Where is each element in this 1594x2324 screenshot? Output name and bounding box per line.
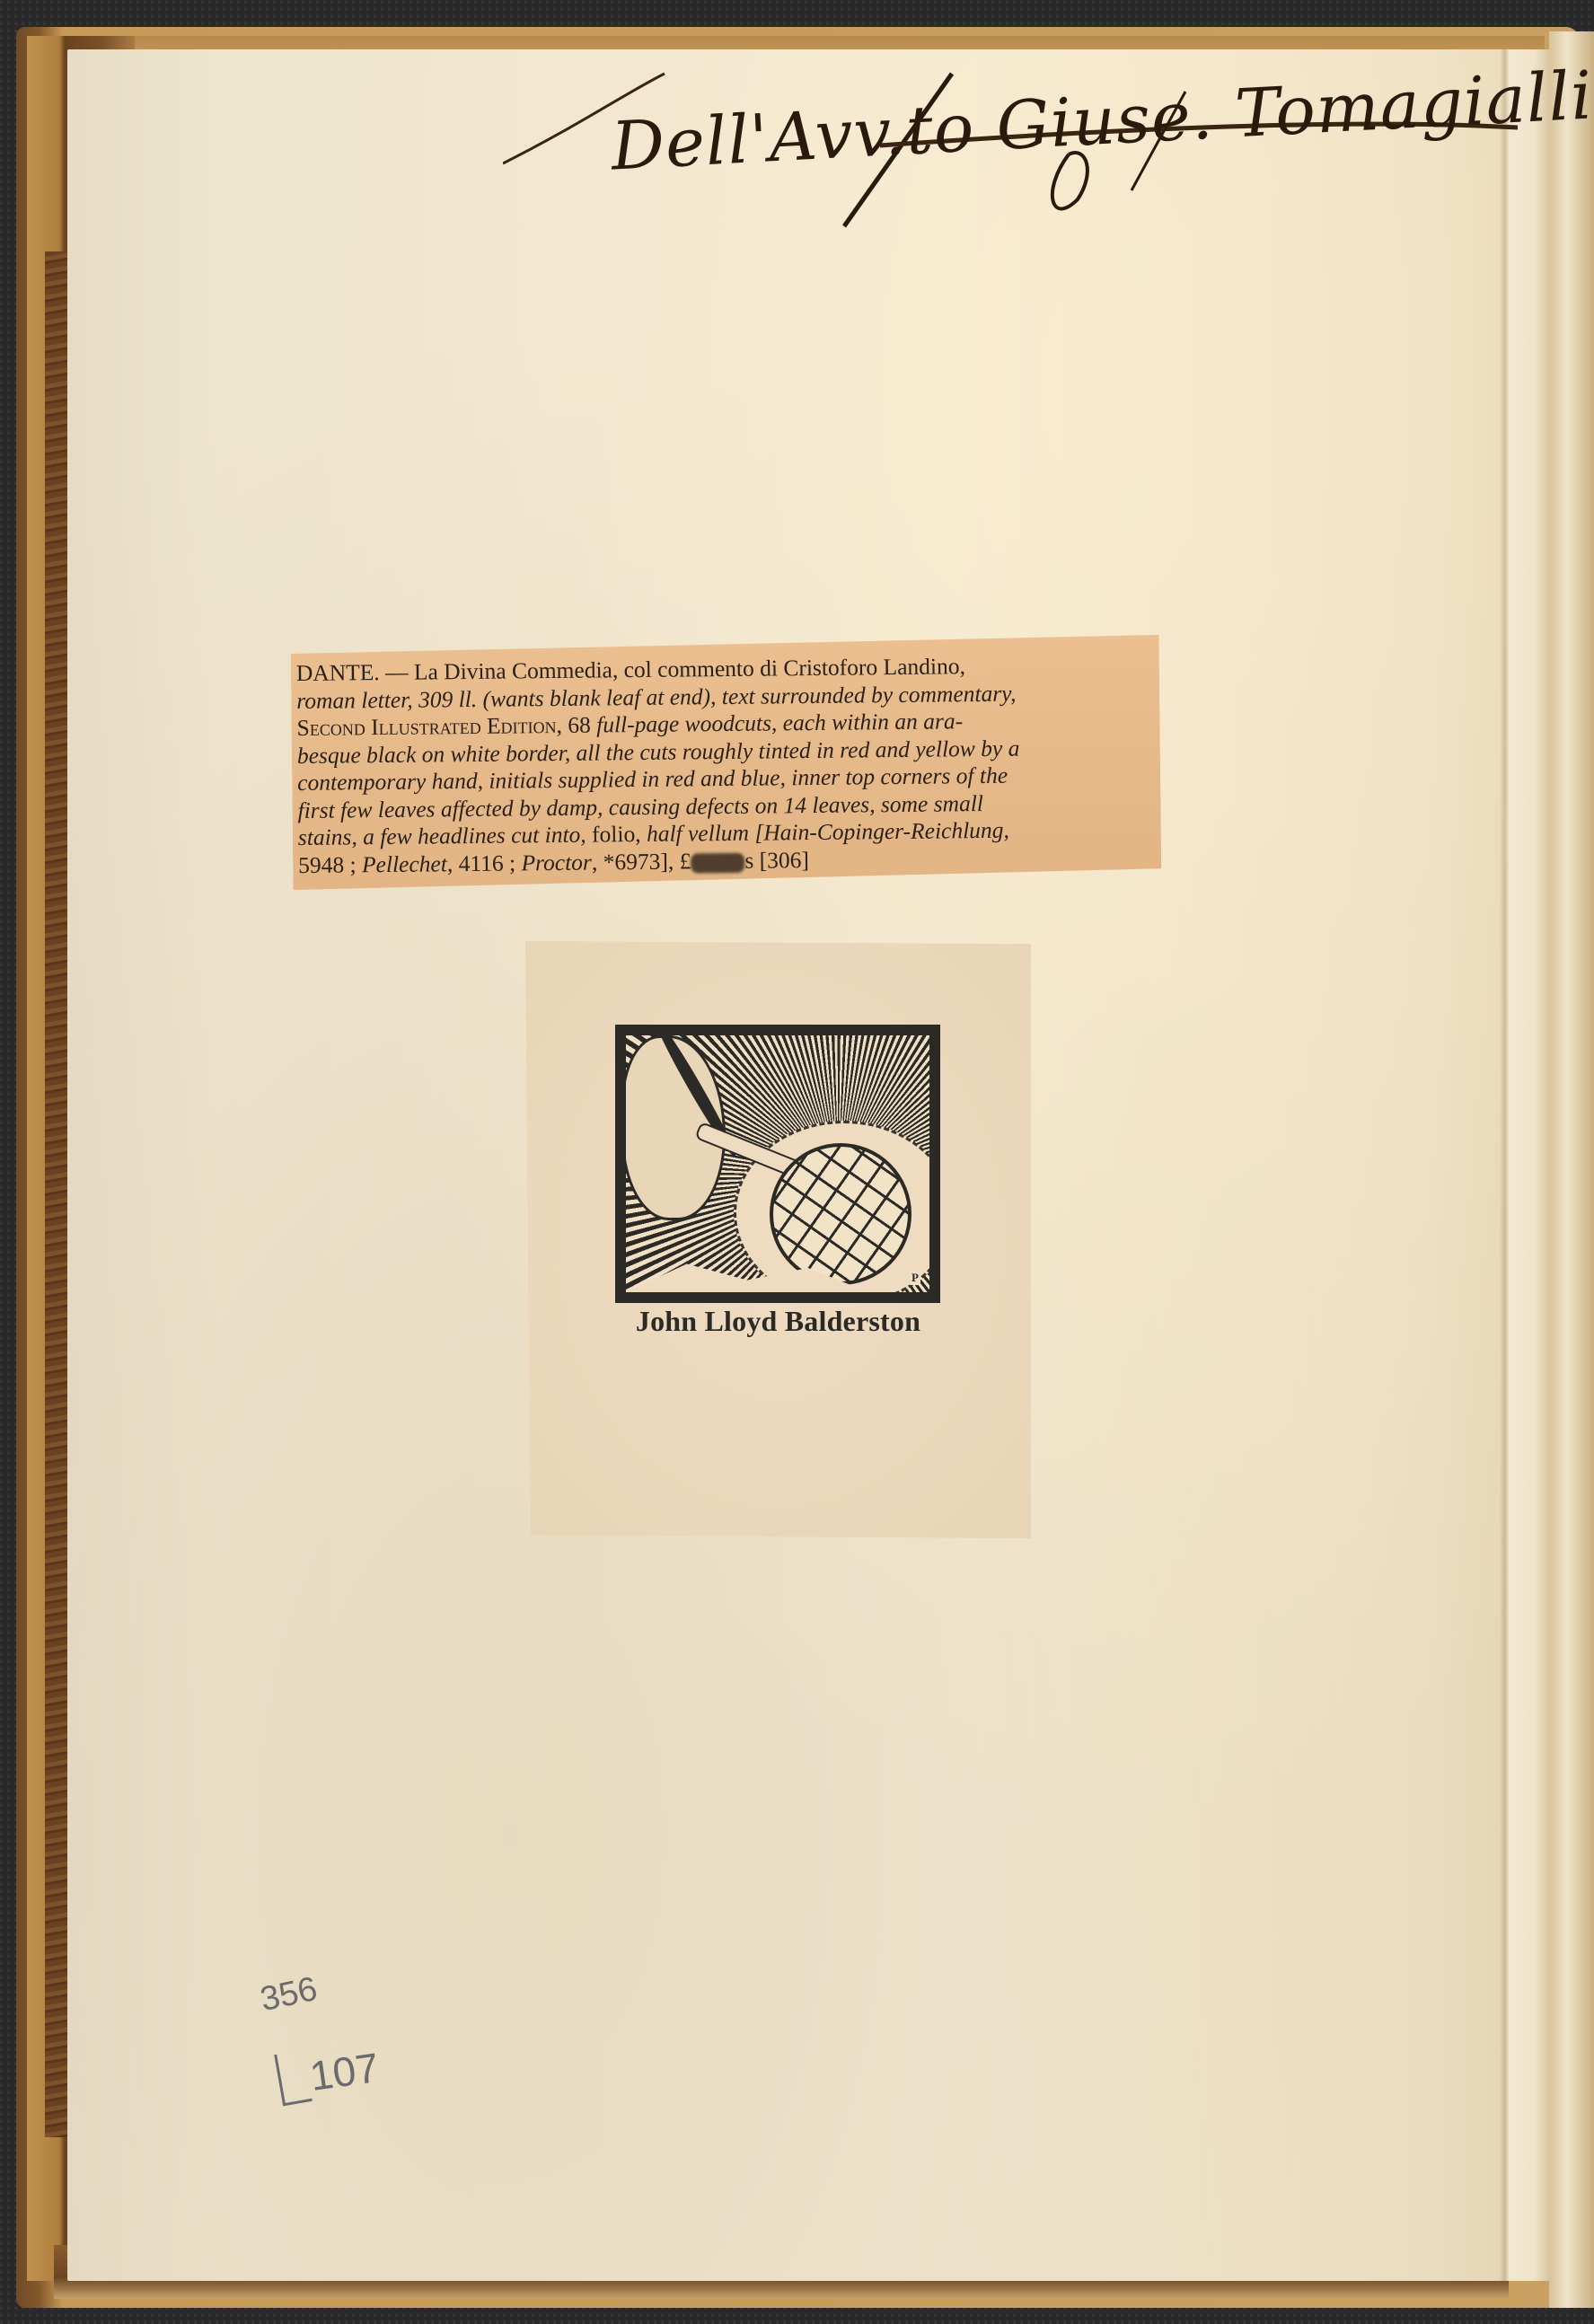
obscured-price-blot xyxy=(691,852,744,873)
clipping-line-7-a: stains, a few headlines cut into, xyxy=(298,822,593,850)
globe-icon xyxy=(770,1143,911,1285)
pencil-note-2: 107 xyxy=(307,2043,383,2100)
woodcut-count: , 68 xyxy=(556,712,596,738)
reference-label: [Hain-Copinger-Reichlung, xyxy=(754,817,1009,846)
ref-proctor: Proctor xyxy=(521,849,592,876)
gutter-fold xyxy=(1500,49,1549,2281)
ownership-inscription: Dell'Avv.to Giuse. Tomagialli xyxy=(503,56,1518,235)
format-label: folio, xyxy=(592,821,647,848)
catalogue-clipping: DANTE. — La Divina Commedia, col comment… xyxy=(291,635,1162,890)
bookplate-owner-name: John Lloyd Balderston xyxy=(525,1305,1031,1338)
ref-proctor-num: , *6973], £ xyxy=(592,848,691,875)
ref-pellechet: Pellechet xyxy=(362,850,447,877)
ref-pellechet-num: , 4116 ; xyxy=(447,849,522,876)
text-block-edge xyxy=(1549,31,1594,2308)
lot-number: s [306] xyxy=(744,847,809,874)
bookplate: P John Lloyd Balderston xyxy=(525,941,1031,1538)
engraver-mark: P xyxy=(910,1271,920,1285)
edition-label: Second Illustrated Edition xyxy=(296,712,556,741)
binding-label: half vellum xyxy=(647,820,755,847)
globe-woodcut-icon: P xyxy=(615,1025,940,1303)
ref-hc: 5948 ; xyxy=(298,851,362,878)
clipping-line-3-italic: full-page woodcuts, each within an ara- xyxy=(596,708,963,737)
